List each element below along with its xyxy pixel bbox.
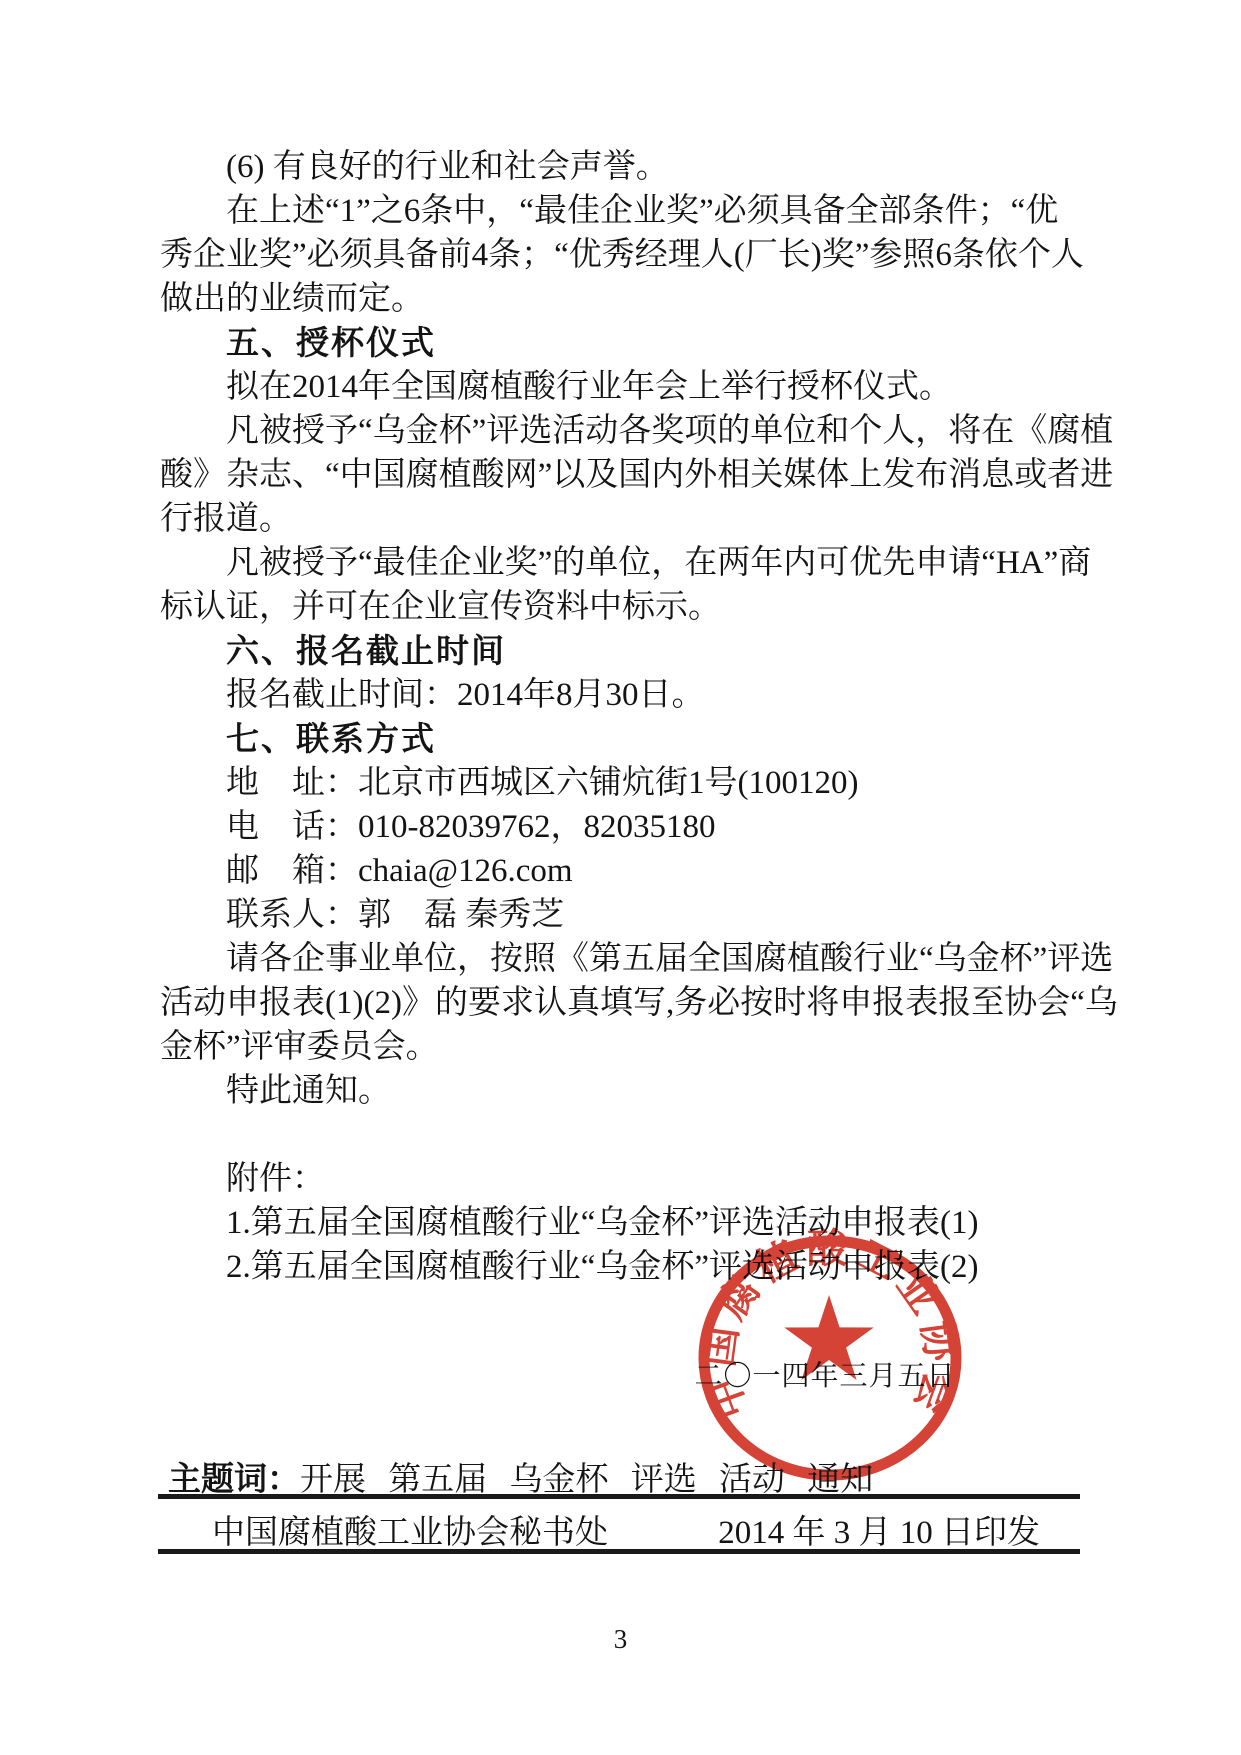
blank-line bbox=[160, 1113, 1084, 1157]
print-date: 2014 年 3 月 10 日印发 bbox=[718, 1513, 1040, 1553]
star-icon bbox=[784, 1295, 873, 1380]
section-header-deadline: 六、报名截止时间 bbox=[160, 629, 1084, 673]
body-line: 报名截止时间：2014年8月30日。 bbox=[160, 673, 1084, 717]
body-line: 行报道。 bbox=[160, 497, 1084, 541]
body-line: 特此通知。 bbox=[160, 1069, 1084, 1113]
contact-address-line: 地 址：北京市西城区六铺炕街1号(100120) bbox=[160, 761, 1084, 805]
subject-keywords: 开展 第五届 乌金杯 评选 活动 通知 bbox=[300, 1462, 873, 1498]
body-line: 活动申报表(1)(2)》的要求认真填写,务必按时将申报表报至协会“乌 bbox=[160, 981, 1084, 1025]
body-line: 金杯”评审委员会。 bbox=[160, 1025, 1084, 1069]
document-body: (6) 有良好的行业和社会声誉。 在上述“1”之6条中，“最佳企业奖”必须具备全… bbox=[160, 145, 1084, 1289]
section-header-award-ceremony: 五、授杯仪式 bbox=[160, 321, 1084, 365]
body-line: 请各企事业单位，按照《第五届全国腐植酸行业“乌金杯”评选 bbox=[160, 937, 1084, 981]
subject-keywords-label: 主题词： bbox=[168, 1460, 300, 1497]
body-line: 秀企业奖”必须具备前4条；“优秀经理人(厂长)奖”参照6条依个人 bbox=[160, 233, 1084, 277]
body-line: 拟在2014年全国腐植酸行业年会上举行授杯仪式。 bbox=[160, 365, 1084, 409]
footer-issuer-line: 中国腐植酸工业协会秘书处 2014 年 3 月 10 日印发 bbox=[160, 1513, 1078, 1553]
footer-divider-bottom bbox=[158, 1549, 1080, 1554]
body-line: 标认证，并可在企业宣传资料中标示。 bbox=[160, 585, 1084, 629]
body-line: 在上述“1”之6条中，“最佳企业奖”必须具备全部条件；“优 bbox=[160, 189, 1084, 233]
attachments-label: 附件： bbox=[160, 1157, 1084, 1201]
body-line: 酸》杂志、“中国腐植酸网”以及国内外相关媒体上发布消息或者进 bbox=[160, 453, 1084, 497]
body-line: 凡被授予“乌金杯”评选活动各奖项的单位和个人，将在《腐植 bbox=[160, 409, 1084, 453]
body-line: (6) 有良好的行业和社会声誉。 bbox=[160, 145, 1084, 189]
contact-person-line: 联系人：郭 磊 秦秀芝 bbox=[160, 893, 1084, 937]
document-page: (6) 有良好的行业和社会声誉。 在上述“1”之6条中，“最佳企业奖”必须具备全… bbox=[0, 0, 1241, 1755]
section-header-contact: 七、联系方式 bbox=[160, 717, 1084, 761]
contact-phone-line: 电 话：010-82039762，82035180 bbox=[160, 805, 1084, 849]
body-line: 凡被授予“最佳企业奖”的单位，在两年内可优先申请“HA”商 bbox=[160, 541, 1084, 585]
issuer-name: 中国腐植酸工业协会秘书处 bbox=[212, 1513, 608, 1553]
body-line: 做出的业绩而定。 bbox=[160, 277, 1084, 321]
footer-divider-top bbox=[158, 1494, 1080, 1499]
contact-email-line: 邮 箱：chaia@126.com bbox=[160, 849, 1084, 893]
page-number: 3 bbox=[0, 1624, 1241, 1655]
official-seal-stamp: 中国腐植酸工业协会 bbox=[688, 1216, 972, 1500]
